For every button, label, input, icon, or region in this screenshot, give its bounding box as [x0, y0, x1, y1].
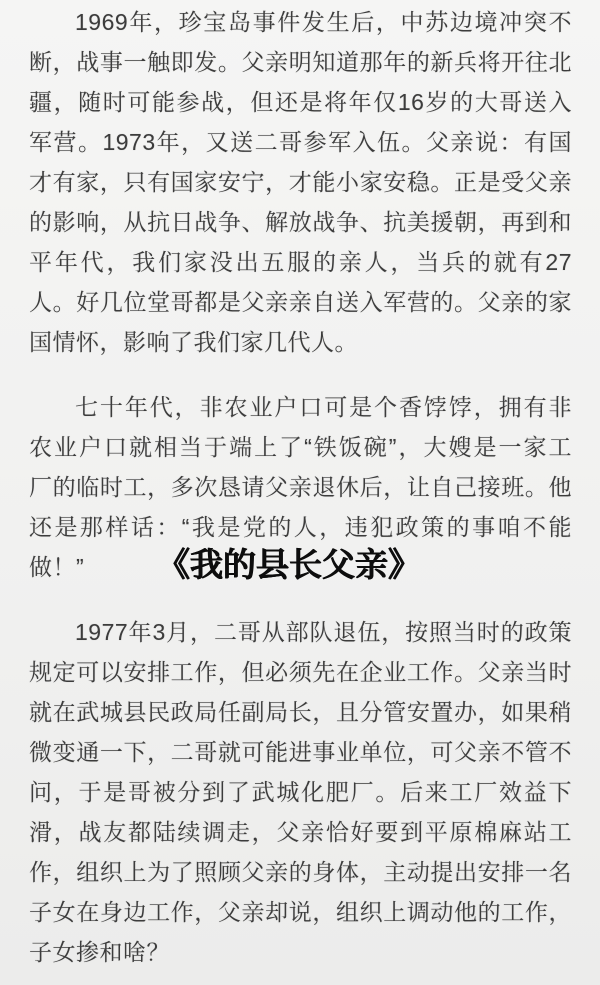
text-line: 疆，随时可能参战，但还是将年仅16岁的大哥送入 [29, 82, 572, 122]
text-line: 1969年，珍宝岛事件发生后，中苏边境冲突不 [29, 2, 572, 42]
text-line: 七十年代，非农业户口可是个香饽饽，拥有非 [29, 387, 572, 427]
text-line: 子女掺和啥？ [29, 932, 572, 972]
text-line: 问，于是哥被分到了武城化肥厂。后来工厂效益下 [29, 772, 572, 812]
text-line: 平年代，我们家没出五服的亲人，当兵的就有27 [29, 242, 572, 282]
text-line: 规定可以安排工作，但必须先在企业工作。父亲当时 [29, 652, 572, 692]
text-line: 军营。1973年，又送二哥参军入伍。父亲说：有国 [29, 122, 572, 162]
text-line: 国情怀，影响了我们家几代人。 [29, 322, 572, 362]
paragraph-3: 1977年3月，二哥从部队退伍，按照当时的政策 规定可以安排工作，但必须先在企业… [29, 612, 572, 972]
text-line: 就在武城县民政局任副局长，且分管安置办，如果稍 [29, 692, 572, 732]
text-line: 厂的临时工，多次恳请父亲退休后，让自己接班。他 [29, 467, 572, 507]
text-line: 作，组织上为了照顾父亲的身体，主动提出安排一名 [29, 852, 572, 892]
text-line: 滑，战友都陆续调走，父亲恰好要到平原棉麻站工 [29, 812, 572, 852]
text-line: 微变通一下，二哥就可能进事业单位，可父亲不管不 [29, 732, 572, 772]
text-line: 断，战事一触即发。父亲明知道那年的新兵将开往北 [29, 42, 572, 82]
text-line: 的影响，从抗日战争、解放战争、抗美援朝，再到和 [29, 202, 572, 242]
text-line: 1977年3月，二哥从部队退伍，按照当时的政策 [29, 612, 572, 652]
text-line: 子女在身边工作，父亲却说，组织上调动他的工作， [29, 892, 572, 932]
article-page: 1969年，珍宝岛事件发生后，中苏边境冲突不 断，战事一触即发。父亲明知道那年的… [0, 0, 600, 985]
text-line: 还是那样话：“我是党的人，违犯政策的事咱不能 [29, 507, 572, 547]
article-title: 《我的县长父亲》 [157, 545, 421, 585]
article-text-block: 1969年，珍宝岛事件发生后，中苏边境冲突不 断，战事一触即发。父亲明知道那年的… [29, 2, 572, 972]
text-line: 农业户口就相当于端上了“铁饭碗”，大嫂是一家工 [29, 427, 572, 467]
paragraph-1: 1969年，珍宝岛事件发生后，中苏边境冲突不 断，战事一触即发。父亲明知道那年的… [29, 2, 572, 362]
text-line: 才有家，只有国家安宁，才能小家安稳。正是受父亲 [29, 162, 572, 202]
text-line: 人。好几位堂哥都是父亲亲自送入军营的。父亲的家 [29, 282, 572, 322]
